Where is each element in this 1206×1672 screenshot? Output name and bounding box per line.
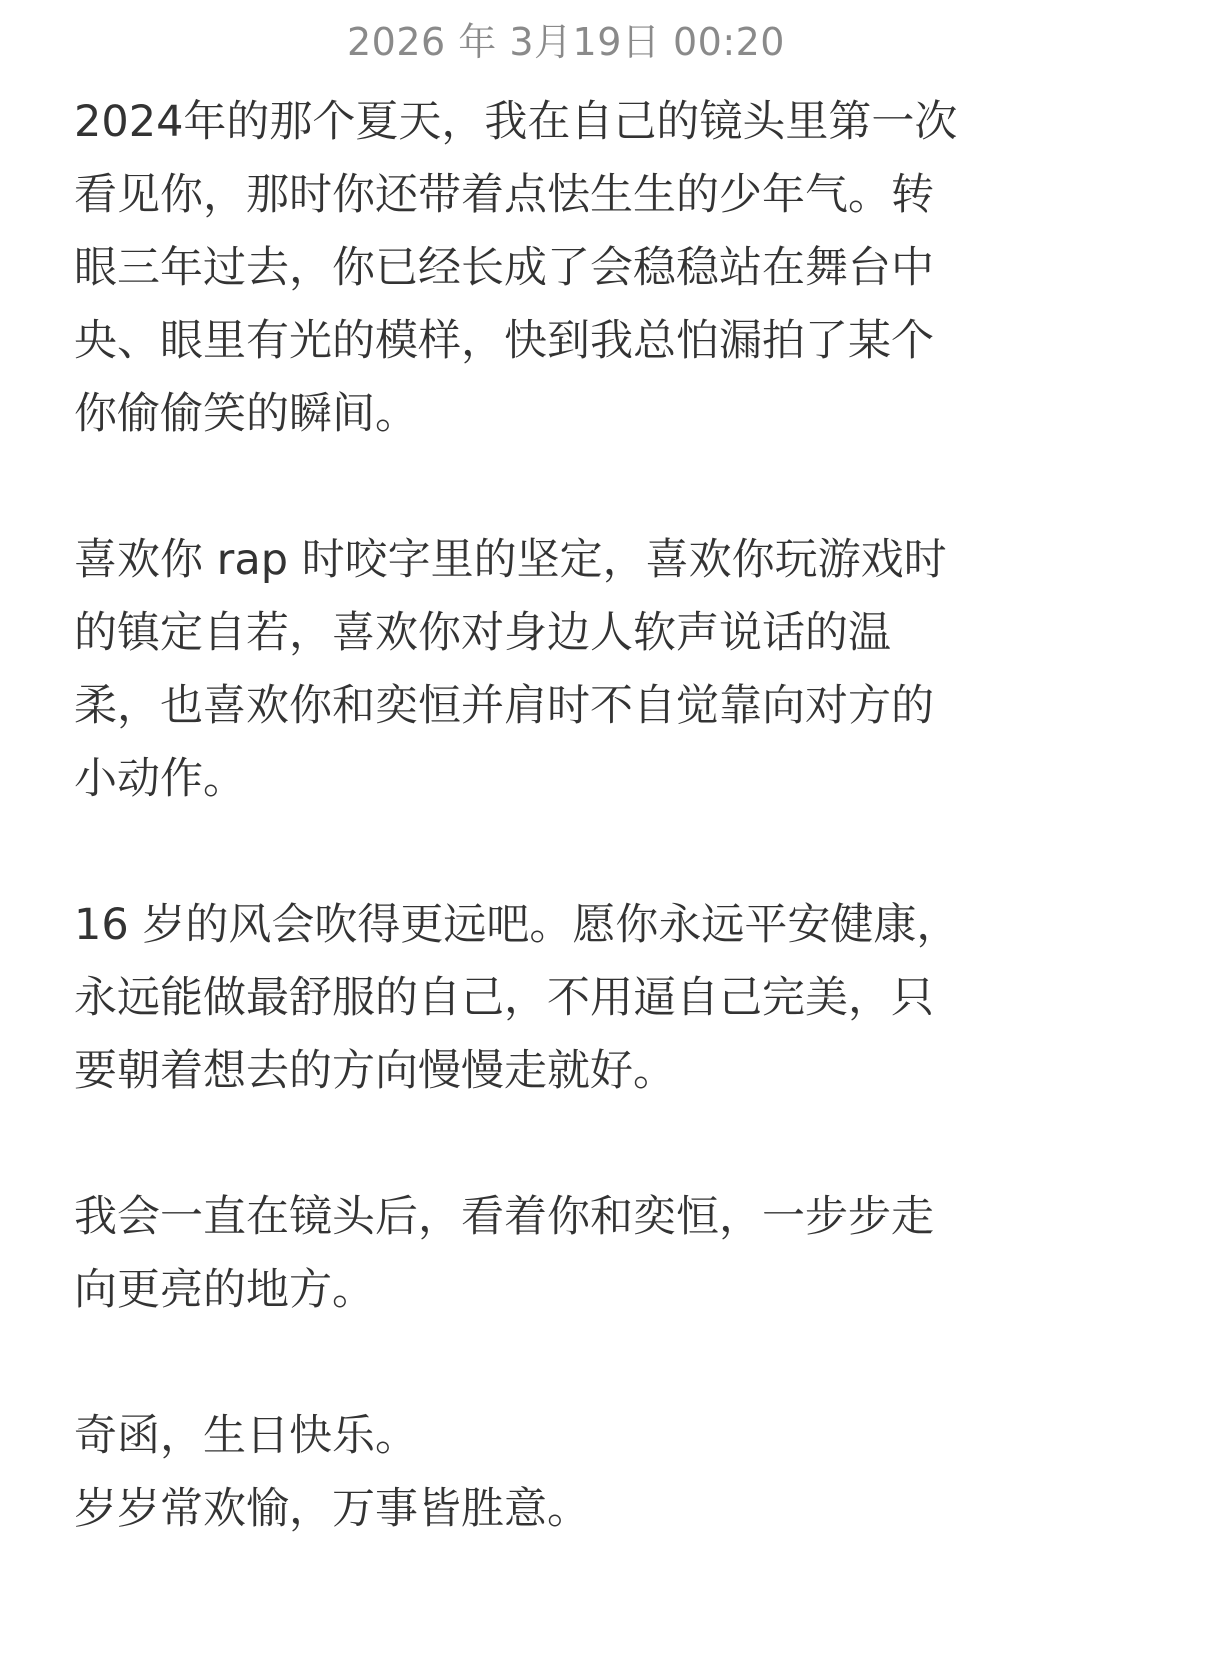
paragraph-5: 奇函，生日快乐。 岁岁常欢愉，万事皆胜意。 [74,1400,1054,1546]
text-line: 要朝着想去的方向慢慢走就好。 [74,1035,1054,1108]
text-line: 喜欢你 rap 时咬字里的坚定，喜欢你玩游戏时 [74,524,1054,597]
paragraph-4: 我会一直在镜头后，看着你和奕恒，一步步走 向更亮的地方。 [74,1181,1054,1327]
text-line: 2024年的那个夏天，我在自己的镜头里第一次 [74,86,1054,159]
text-line: 看见你，那时你还带着点怯生生的少年气。转 [74,159,1054,232]
note-timestamp: 2026 年 3月19日 00:20 [0,14,1132,70]
text-line: 眼三年过去，你已经长成了会稳稳站在舞台中 [74,232,1054,305]
text-line: 永远能做最舒服的自己，不用逼自己完美，只 [74,962,1054,1035]
paragraph-gap [74,451,1054,524]
paragraph-2: 喜欢你 rap 时咬字里的坚定，喜欢你玩游戏时 的镇定自若，喜欢你对身边人软声说… [74,524,1054,816]
text-line: 小动作。 [74,743,1054,816]
paragraph-1: 2024年的那个夏天，我在自己的镜头里第一次 看见你，那时你还带着点怯生生的少年… [74,86,1054,451]
text-line: 的镇定自若，喜欢你对身边人软声说话的温 [74,597,1054,670]
text-line: 你偷偷笑的瞬间。 [74,378,1054,451]
text-line: 央、眼里有光的模样，快到我总怕漏拍了某个 [74,305,1054,378]
paragraph-gap [74,816,1054,889]
paragraph-3: 16 岁的风会吹得更远吧。愿你永远平安健康， 永远能做最舒服的自己，不用逼自己完… [74,889,1054,1108]
text-line: 向更亮的地方。 [74,1254,1054,1327]
note-body[interactable]: 2024年的那个夏天，我在自己的镜头里第一次 看见你，那时你还带着点怯生生的少年… [74,86,1054,1546]
text-line: 岁岁常欢愉，万事皆胜意。 [74,1473,1054,1546]
text-line: 16 岁的风会吹得更远吧。愿你永远平安健康， [74,889,1054,962]
paragraph-gap [74,1108,1054,1181]
text-line: 柔，也喜欢你和奕恒并肩时不自觉靠向对方的 [74,670,1054,743]
text-line: 我会一直在镜头后，看着你和奕恒，一步步走 [74,1181,1054,1254]
text-line: 奇函，生日快乐。 [74,1400,1054,1473]
paragraph-gap [74,1327,1054,1400]
